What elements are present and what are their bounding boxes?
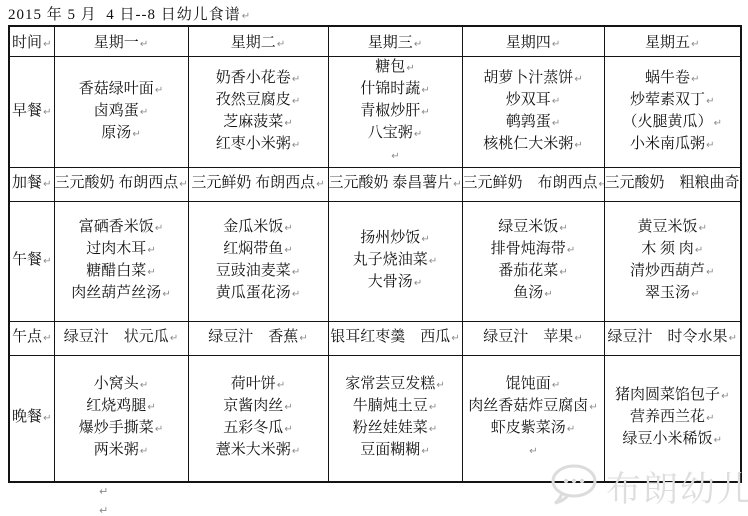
paragraph-mark-icon: ↵ — [179, 179, 187, 190]
menu-item-line: 清炒西葫芦↵ — [605, 261, 741, 283]
paragraph-mark-icon: ↵ — [559, 223, 567, 234]
paragraph-mark-icon: ↵ — [316, 179, 324, 190]
paragraph-mark-icon: ↵ — [714, 118, 722, 129]
paragraph-mark-icon: ↵ — [421, 234, 429, 245]
menu-item-text: 香菇绿叶面 — [79, 81, 154, 97]
paragraph-mark-icon: ↵ — [170, 333, 178, 344]
paragraph-mark-icon: ↵ — [99, 501, 108, 516]
header-text: 星期二 — [231, 35, 276, 51]
menu-item-line: 炒荤素双丁↵ — [605, 90, 741, 112]
paragraph-mark-icon: ↵ — [292, 140, 300, 151]
paragraph-mark-icon: ↵ — [589, 402, 597, 413]
menu-item-line: 扬州炒饭↵ — [329, 228, 462, 250]
menu-item-line: 家常芸豆发糕↵ — [329, 374, 462, 396]
menu-item-text: 小窝头 — [94, 376, 139, 392]
menu-item-line: 粉丝娃娃菜↵ — [329, 418, 462, 440]
menu-item-text: 八宝粥 — [368, 125, 413, 141]
menu-cell: 黄豆米饭↵木 须 肉↵清炒西葫芦↵翠玉汤↵ — [604, 201, 741, 321]
menu-item-line: 香菇绿叶面↵ — [55, 79, 188, 101]
paragraph-mark-icon: ↵ — [406, 63, 414, 74]
menu-item-text: 小米南瓜粥 — [630, 136, 705, 152]
menu-item-line: 绿豆汁 香蕉↵ — [189, 327, 328, 349]
menu-item-text: 金瓜米饭 — [223, 219, 283, 235]
menu-item-line: 原汤↵ — [55, 123, 188, 145]
menu-item-text: 清炒西葫芦 — [630, 263, 705, 279]
paragraph-mark-icon: ↵ — [43, 107, 51, 118]
menu-cell: 绿豆汁 状元瓜↵ — [54, 321, 188, 355]
menu-item-line: 过肉木耳↵ — [55, 239, 188, 261]
paragraph-mark-icon: ↵ — [292, 267, 300, 278]
menu-item-text: 牛腩炖土豆 — [353, 398, 428, 414]
menu-item-line: 鹌鹑蛋↵ — [463, 112, 604, 134]
paragraph-mark-icon: ↵ — [699, 223, 707, 234]
menu-item-text: 红枣小米粥 — [216, 136, 291, 152]
paragraph-mark-icon: ↵ — [140, 446, 148, 457]
menu-item-text: 银耳红枣羹 西瓜 — [330, 329, 450, 345]
menu-item-line: 虾皮紫菜汤↵ — [463, 418, 604, 440]
meal-row: 早餐↵香菇绿叶面↵卤鸡蛋↵原汤↵奶香小花卷↵孜然豆腐皮↵芝麻菠菜↵红枣小米粥↵糖… — [9, 56, 741, 167]
menu-item-line: 什锦时蔬↵ — [329, 79, 462, 101]
paragraph-mark-icon: ↵ — [706, 140, 714, 151]
paragraph-mark-icon: ↵ — [706, 413, 714, 424]
paragraph-mark-icon: ↵ — [574, 333, 582, 344]
paragraph-mark-icon: ↵ — [299, 333, 307, 344]
menu-item-text: 三元酸奶 粗粮曲奇 — [605, 175, 740, 191]
meal-label-cell: 晚餐↵ — [9, 355, 54, 482]
menu-item-line: 绿豆汁 苹果↵ — [463, 327, 604, 349]
menu-cell: 扬州炒饭↵丸子烧油菜↵大骨汤↵ — [328, 201, 462, 321]
menu-item-line: 荷叶饼↵ — [189, 374, 328, 396]
paragraph-mark-icon: ↵ — [599, 179, 604, 190]
menu-item-text: 虾皮紫菜汤 — [491, 420, 566, 436]
menu-item-text: 三元酸奶 泰昌薯片 — [329, 175, 453, 191]
paragraph-mark-icon: ↵ — [155, 424, 163, 435]
header-text: 星期一 — [94, 35, 139, 51]
menu-item-text: 三元鲜奶 布朗西点 — [463, 175, 598, 191]
menu-item-text: 爆炒手撕菜 — [79, 420, 154, 436]
menu-cell: 三元鲜奶 布朗西点↵ — [188, 167, 328, 201]
menu-item-text: 荷叶饼 — [231, 376, 276, 392]
menu-item-line: 猪肉圆菜馅包子↵ — [605, 385, 741, 407]
paragraph-mark-icon: ↵ — [729, 333, 737, 344]
menu-item-line: 三元鲜奶 布朗西点↵ — [463, 173, 604, 195]
menu-cell: 金瓜米饭↵红焖带鱼↵豆豉油麦菜↵黄瓜蛋花汤↵ — [188, 201, 328, 321]
menu-item-line: 木 须 肉↵ — [605, 239, 741, 261]
paragraph-mark-icon: ↵ — [140, 107, 148, 118]
header-cell-weekday: 星期二↵ — [188, 26, 328, 56]
menu-item-text: 馄饨面 — [506, 376, 551, 392]
meal-row: 午餐↵富硒香米饭↵过肉木耳↵糖醋白菜↵肉丝葫芦丝汤↵金瓜米饭↵红焖带鱼↵豆豉油麦… — [9, 201, 741, 321]
paragraph-mark-icon: ↵ — [552, 39, 560, 50]
menu-item-line: 核桃仁大米粥↵ — [463, 134, 604, 156]
menu-item-line: 丸子烧油菜↵ — [329, 250, 462, 272]
menu-item-text: 肉丝葫芦丝汤 — [71, 285, 161, 301]
paragraph-mark-icon: ↵ — [43, 413, 51, 424]
header-text: 星期五 — [645, 35, 690, 51]
menu-cell: 猪肉圆菜馅包子↵营养西兰花↵绿豆小米稀饭↵ — [604, 355, 741, 482]
menu-item-line: 牛腩炖土豆↵ — [329, 396, 462, 418]
paragraph-mark-icon: ↵ — [691, 39, 699, 50]
menu-item-line: 肉丝香菇炸豆腐卤↵ — [463, 396, 604, 418]
paragraph-mark-icon: ↵ — [552, 118, 560, 129]
menu-item-text: 绿豆汁 状元瓜 — [64, 329, 169, 345]
menu-cell: 三元酸奶 布朗西点↵ — [54, 167, 188, 201]
paragraph-mark-icon: ↵ — [721, 391, 729, 402]
menu-item-line: 三元酸奶 粗粮曲奇↵ — [605, 173, 741, 195]
paragraph-mark-icon: ↵ — [147, 267, 155, 278]
paragraph-mark-icon: ↵ — [421, 107, 429, 118]
menu-item-line: 黄瓜蛋花汤↵ — [189, 283, 328, 305]
paragraph-mark-icon: ↵ — [284, 424, 292, 435]
menu-item-text: 鹌鹑蛋 — [506, 114, 551, 130]
menu-item-text: 糖醋白菜 — [86, 263, 146, 279]
header-text: 星期三 — [368, 35, 413, 51]
menu-item-line: 红焖带鱼↵ — [189, 239, 328, 261]
menu-item-text: 鱼汤 — [513, 285, 543, 301]
menu-item-text: 红烧鸡腿 — [86, 398, 146, 414]
menu-item-line: 爆炒手撕菜↵ — [55, 418, 188, 440]
paragraph-mark-icon: ↵ — [567, 245, 575, 256]
menu-item-line: 黄豆米饭↵ — [605, 217, 741, 239]
menu-item-text: 绿豆汁 时令水果 — [608, 329, 728, 345]
menu-item-text: 肉丝香菇炸豆腐卤 — [468, 398, 588, 414]
meal-row: 晚餐↵小窝头↵红烧鸡腿↵爆炒手撕菜↵两米粥↵荷叶饼↵京酱肉丝↵五彩冬瓜↵薏米大米… — [9, 355, 741, 482]
menu-item-line: 红烧鸡腿↵ — [55, 396, 188, 418]
menu-item-text: 富硒香米饭 — [79, 219, 154, 235]
paragraph-mark-icon: ↵ — [552, 96, 560, 107]
menu-item-text: 早餐 — [12, 103, 42, 119]
menu-cell: 家常芸豆发糕↵牛腩炖土豆↵粉丝娃娃菜↵豆面糊糊↵ — [328, 355, 462, 482]
menu-item-line: 卤鸡蛋↵ — [55, 101, 188, 123]
paragraph-mark-icon: ↵ — [140, 39, 148, 50]
menu-item-text: 三元酸奶 布朗西点 — [55, 175, 179, 191]
menu-item-line: 馄饨面↵ — [463, 374, 604, 396]
header-cell-weekday: 星期四↵ — [462, 26, 604, 56]
menu-item-line: 番茄花菜↵ — [463, 261, 604, 283]
page-title-text: 2015 年 5 月 4 日--8 日幼儿食谱 — [8, 7, 241, 23]
menu-item-line: 豆豉油麦菜↵ — [189, 261, 328, 283]
menu-item-line: 蜗牛卷↵ — [605, 68, 741, 90]
menu-item-line: 小米南瓜粥↵ — [605, 134, 741, 156]
menu-item-text: 绿豆小米稀饭 — [623, 431, 713, 447]
menu-cell: 绿豆汁 时令水果↵ — [604, 321, 741, 355]
paragraph-mark-icon: ↵ — [714, 435, 722, 446]
paragraph-mark-icon: ↵ — [277, 380, 285, 391]
paragraph-mark-icon: ↵ — [43, 39, 51, 50]
paragraph-mark-icon: ↵ — [147, 245, 155, 256]
menu-item-text: 绿豆米饭 — [498, 219, 558, 235]
menu-item-line: 红枣小米粥↵ — [189, 134, 328, 156]
meal-row: 午点↵绿豆汁 状元瓜↵绿豆汁 香蕉↵银耳红枣羹 西瓜↵绿豆汁 苹果↵绿豆汁 时令… — [9, 321, 741, 355]
paragraph-mark-icon: ↵ — [43, 256, 51, 267]
header-text: 星期四 — [506, 35, 551, 51]
menu-item-line: 糖醋白菜↵ — [55, 261, 188, 283]
menu-item-line: 两米粥↵ — [55, 440, 188, 462]
paragraph-mark-icon: ↵ — [391, 151, 399, 162]
menu-cell: 香菇绿叶面↵卤鸡蛋↵原汤↵ — [54, 56, 188, 167]
paragraph-mark-icon: ↵ — [574, 74, 582, 85]
menu-item-line: 鱼汤↵ — [463, 283, 604, 305]
paragraph-mark-icon: ↵ — [544, 289, 552, 300]
menu-item-text: 木 须 肉 — [641, 241, 694, 257]
menu-item-line: 排骨炖海带↵ — [463, 239, 604, 261]
menu-table-container: 时间↵星期一↵星期二↵星期三↵星期四↵星期五↵早餐↵香菇绿叶面↵卤鸡蛋↵原汤↵奶… — [8, 25, 742, 483]
paragraph-mark-icon: ↵ — [155, 85, 163, 96]
menu-cell: 三元酸奶 粗粮曲奇↵ — [604, 167, 741, 201]
paragraph-mark-icon: ↵ — [429, 402, 437, 413]
paragraph-mark-icon: ↵ — [147, 402, 155, 413]
menu-item-line: 营养西兰花↵ — [605, 407, 741, 429]
menu-item-line: 晚餐↵ — [10, 407, 54, 429]
meal-label-cell: 午餐↵ — [9, 201, 54, 321]
menu-item-text: 加餐 — [12, 175, 42, 191]
menu-cell: 绿豆汁 香蕉↵ — [188, 321, 328, 355]
paragraph-mark-icon: ↵ — [155, 223, 163, 234]
menu-item-line: 孜然豆腐皮↵ — [189, 90, 328, 112]
menu-item-line: 八宝粥↵ — [329, 123, 462, 145]
paragraph-mark-icon: ↵ — [284, 245, 292, 256]
menu-item-text: 红焖带鱼 — [223, 241, 283, 257]
menu-cell: 胡萝卜汁蒸饼↵炒双耳↵鹌鹑蛋↵核桃仁大米粥↵ — [462, 56, 604, 167]
menu-cell: 银耳红枣羹 西瓜↵ — [328, 321, 462, 355]
paragraph-mark-icon: ↵ — [421, 446, 429, 457]
menu-item-line: 肉丝葫芦丝汤↵ — [55, 283, 188, 305]
menu-item-text: 午点 — [12, 329, 42, 345]
paragraph-mark-icon: ↵ — [414, 39, 422, 50]
menu-item-text: 绿豆汁 苹果 — [483, 329, 573, 345]
page-title: 2015 年 5 月 4 日--8 日幼儿食谱↵ — [8, 3, 251, 24]
meal-row: 加餐↵三元酸奶 布朗西点↵三元鲜奶 布朗西点↵三元酸奶 泰昌薯片↵三元鲜奶 布朗… — [9, 167, 741, 201]
header-cell-weekday: 星期五↵ — [604, 26, 741, 56]
menu-cell: 糖包↵什锦时蔬↵青椒炒肝↵八宝粥↵↵ — [328, 56, 462, 167]
menu-cell: 富硒香米饭↵过肉木耳↵糖醋白菜↵肉丝葫芦丝汤↵ — [54, 201, 188, 321]
paragraph-mark-icon: ↵ — [453, 179, 461, 190]
paragraph-mark-icon: ↵ — [451, 333, 459, 344]
menu-item-text: 排骨炖海带 — [491, 241, 566, 257]
header-cell-time: 时间↵ — [9, 26, 54, 56]
menu-cell: 馄饨面↵肉丝香菇炸豆腐卤↵虾皮紫菜汤↵↵ — [462, 355, 604, 482]
paragraph-mark-icon: ↵ — [242, 11, 251, 22]
menu-item-line: 富硒香米饭↵ — [55, 217, 188, 239]
menu-item-line: ↵ — [329, 145, 462, 167]
menu-item-line: 三元酸奶 泰昌薯片↵ — [329, 173, 462, 195]
header-cell-weekday: 星期一↵ — [54, 26, 188, 56]
menu-item-text: 丸子烧油菜 — [353, 252, 428, 268]
menu-item-text: 青椒炒肝 — [360, 103, 420, 119]
paragraph-mark-icon: ↵ — [99, 482, 108, 501]
menu-item-line: ↵ — [463, 440, 604, 462]
paragraph-mark-icon: ↵ — [567, 424, 575, 435]
menu-item-line: 京酱肉丝↵ — [189, 396, 328, 418]
paragraph-mark-icon: ↵ — [529, 446, 537, 457]
paragraph-mark-icon: ↵ — [414, 129, 422, 140]
menu-item-line: 奶香小花卷↵ — [189, 68, 328, 90]
menu-item-text: 晚餐 — [12, 409, 42, 425]
menu-item-text: 过肉木耳 — [86, 241, 146, 257]
paragraph-mark-icon: ↵ — [292, 289, 300, 300]
paragraph-mark-icon: ↵ — [421, 85, 429, 96]
menu-item-text: （火腿黄瓜） — [623, 114, 713, 130]
paragraph-mark-icon: ↵ — [277, 39, 285, 50]
paragraph-mark-icon: ↵ — [284, 223, 292, 234]
paragraph-mark-icon: ↵ — [706, 267, 714, 278]
menu-item-text: 豆豉油麦菜 — [216, 263, 291, 279]
menu-item-text: 奶香小花卷 — [216, 70, 291, 86]
menu-item-line: 午点↵ — [10, 327, 54, 349]
menu-item-text: 什锦时蔬 — [360, 81, 420, 97]
paragraph-mark-icon: ↵ — [552, 380, 560, 391]
menu-item-line: 胡萝卜汁蒸饼↵ — [463, 68, 604, 90]
menu-item-text: 豆面糊糊 — [360, 442, 420, 458]
menu-item-line: 午餐↵ — [10, 250, 54, 272]
menu-item-text: 糖包 — [375, 59, 405, 75]
menu-item-text: 扬州炒饭 — [360, 230, 420, 246]
menu-item-text: 核桃仁大米粥 — [483, 136, 573, 152]
menu-item-text: 蜗牛卷 — [645, 70, 690, 86]
menu-cell: 绿豆米饭↵排骨炖海带↵番茄花菜↵鱼汤↵ — [462, 201, 604, 321]
meal-label-cell: 午点↵ — [9, 321, 54, 355]
paragraph-mark-icon: ↵ — [706, 96, 714, 107]
menu-item-line: 大骨汤↵ — [329, 272, 462, 294]
menu-cell: 荷叶饼↵京酱肉丝↵五彩冬瓜↵薏米大米粥↵ — [188, 355, 328, 482]
menu-item-text: 五彩冬瓜 — [223, 420, 283, 436]
menu-item-line: 早餐↵ — [10, 101, 54, 123]
menu-item-line: 青椒炒肝↵ — [329, 101, 462, 123]
menu-item-text: 芝麻菠菜 — [223, 114, 283, 130]
trailing-paragraph-marks: ↵ ↵ — [98, 482, 108, 516]
paragraph-mark-icon: ↵ — [292, 96, 300, 107]
menu-item-line: （火腿黄瓜）↵ — [605, 112, 741, 134]
paragraph-mark-icon: ↵ — [284, 118, 292, 129]
paragraph-mark-icon: ↵ — [284, 402, 292, 413]
meal-label-cell: 加餐↵ — [9, 167, 54, 201]
paragraph-mark-icon: ↵ — [429, 256, 437, 267]
menu-item-line: 五彩冬瓜↵ — [189, 418, 328, 440]
menu-item-text: 卤鸡蛋 — [94, 103, 139, 119]
menu-item-line: 翠玉汤↵ — [605, 283, 741, 305]
menu-item-line: 绿豆米饭↵ — [463, 217, 604, 239]
menu-item-text: 家常芸豆发糕 — [345, 376, 435, 392]
paragraph-mark-icon: ↵ — [559, 267, 567, 278]
menu-cell: 绿豆汁 苹果↵ — [462, 321, 604, 355]
menu-item-line: 小窝头↵ — [55, 374, 188, 396]
menu-item-line: 加餐↵ — [10, 173, 54, 195]
menu-item-line: 绿豆小米稀饭↵ — [605, 429, 741, 451]
menu-item-text: 炒双耳 — [506, 92, 551, 108]
paragraph-mark-icon: ↵ — [132, 129, 140, 140]
menu-item-line: 薏米大米粥↵ — [189, 440, 328, 462]
menu-item-line: 绿豆汁 状元瓜↵ — [55, 327, 188, 349]
paragraph-mark-icon: ↵ — [292, 446, 300, 457]
menu-item-line: 三元鲜奶 布朗西点↵ — [189, 173, 328, 195]
menu-item-text: 营养西兰花 — [630, 409, 705, 425]
menu-item-line: 绿豆汁 时令水果↵ — [605, 327, 741, 349]
paragraph-mark-icon: ↵ — [414, 278, 422, 289]
menu-cell: 奶香小花卷↵孜然豆腐皮↵芝麻菠菜↵红枣小米粥↵ — [188, 56, 328, 167]
menu-item-text: 午餐 — [12, 252, 42, 268]
menu-item-text: 大骨汤 — [368, 274, 413, 290]
menu-item-text: 三元鲜奶 布朗西点 — [191, 175, 315, 191]
menu-item-text: 孜然豆腐皮 — [216, 92, 291, 108]
paragraph-mark-icon: ↵ — [140, 380, 148, 391]
menu-table: 时间↵星期一↵星期二↵星期三↵星期四↵星期五↵早餐↵香菇绿叶面↵卤鸡蛋↵原汤↵奶… — [8, 25, 742, 483]
menu-item-text: 炒荤素双丁 — [630, 92, 705, 108]
paragraph-mark-icon: ↵ — [162, 289, 170, 300]
header-cell-weekday: 星期三↵ — [328, 26, 462, 56]
paragraph-mark-icon: ↵ — [695, 245, 703, 256]
menu-item-text: 绿豆汁 香蕉 — [208, 329, 298, 345]
menu-item-line: 豆面糊糊↵ — [329, 440, 462, 462]
paragraph-mark-icon: ↵ — [43, 179, 51, 190]
menu-item-text: 猪肉圆菜馅包子 — [615, 387, 720, 403]
paragraph-mark-icon: ↵ — [574, 140, 582, 151]
menu-cell: 三元鲜奶 布朗西点↵ — [462, 167, 604, 201]
paragraph-mark-icon: ↵ — [292, 74, 300, 85]
menu-item-line: 金瓜米饭↵ — [189, 217, 328, 239]
menu-item-text: 黄瓜蛋花汤 — [216, 285, 291, 301]
menu-item-line: 三元酸奶 布朗西点↵ — [55, 173, 188, 195]
menu-item-text: 原汤 — [101, 125, 131, 141]
menu-cell: 三元酸奶 泰昌薯片↵ — [328, 167, 462, 201]
meal-label-cell: 早餐↵ — [9, 56, 54, 167]
menu-item-text: 黄豆米饭 — [638, 219, 698, 235]
header-text: 时间 — [12, 35, 42, 51]
menu-item-text: 番茄花菜 — [498, 263, 558, 279]
menu-item-text: 薏米大米粥 — [216, 442, 291, 458]
menu-item-line: 糖包↵ — [329, 57, 462, 79]
menu-cell: 小窝头↵红烧鸡腿↵爆炒手撕菜↵两米粥↵ — [54, 355, 188, 482]
menu-item-line: 炒双耳↵ — [463, 90, 604, 112]
menu-cell: 蜗牛卷↵炒荤素双丁↵（火腿黄瓜）↵小米南瓜粥↵ — [604, 56, 741, 167]
paragraph-mark-icon: ↵ — [691, 74, 699, 85]
paragraph-mark-icon: ↵ — [43, 333, 51, 344]
paragraph-mark-icon: ↵ — [691, 289, 699, 300]
menu-item-text: 胡萝卜汁蒸饼 — [483, 70, 573, 86]
menu-item-text: 京酱肉丝 — [223, 398, 283, 414]
menu-item-text: 翠玉汤 — [645, 285, 690, 301]
paragraph-mark-icon: ↵ — [436, 380, 444, 391]
menu-item-line: 银耳红枣羹 西瓜↵ — [329, 327, 462, 349]
menu-item-text: 两米粥 — [94, 442, 139, 458]
menu-item-text: 粉丝娃娃菜 — [353, 420, 428, 436]
menu-item-line: 芝麻菠菜↵ — [189, 112, 328, 134]
header-row: 时间↵星期一↵星期二↵星期三↵星期四↵星期五↵ — [9, 26, 741, 56]
paragraph-mark-icon: ↵ — [429, 424, 437, 435]
